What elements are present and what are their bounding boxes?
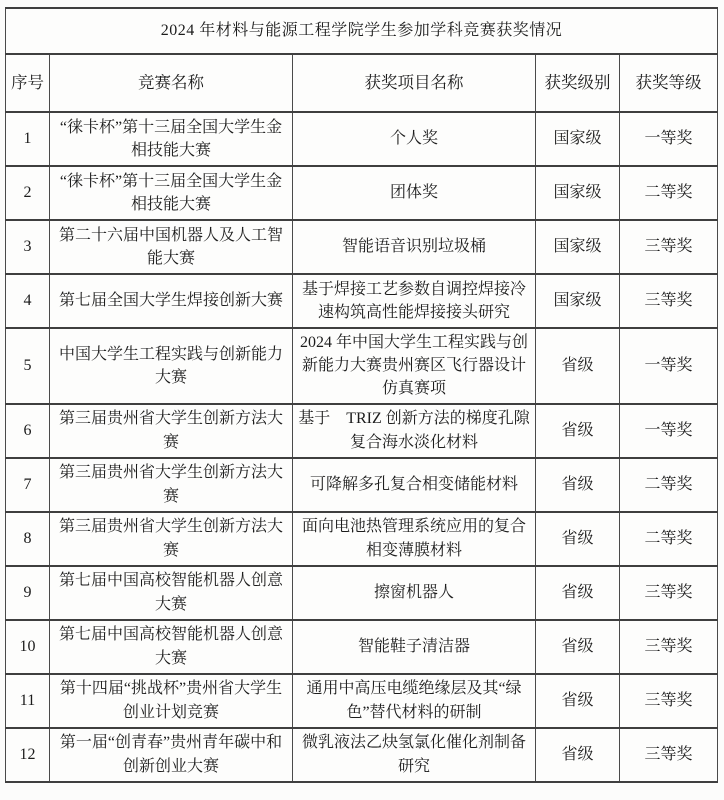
- cell-no: 1: [6, 112, 50, 166]
- cell-project: 2024 年中国大学生工程实践与创新能力大赛贵州赛区飞行器设计仿真赛项: [293, 328, 536, 404]
- cell-no: 7: [6, 458, 50, 512]
- cell-level: 省级: [536, 458, 620, 512]
- cell-level: 省级: [536, 566, 620, 620]
- cell-competition: 第三届贵州省大学生创新方法大赛: [50, 512, 293, 566]
- cell-project: 基于焊接工艺参数自调控焊接冷速构筑高性能焊接接头研究: [293, 274, 536, 328]
- cell-no: 9: [6, 566, 50, 620]
- table-row: 2 “徕卡杯”第十三届全国大学生金相技能大赛 团体奖 国家级 二等奖: [6, 166, 718, 220]
- table-row: 4 第七届全国大学生焊接创新大赛 基于焊接工艺参数自调控焊接冷速构筑高性能焊接接…: [6, 274, 718, 328]
- cell-level: 省级: [536, 328, 620, 404]
- cell-project: 智能语音识别垃圾桶: [293, 220, 536, 274]
- cell-competition: “徕卡杯”第十三届全国大学生金相技能大赛: [50, 112, 293, 166]
- cell-grade: 一等奖: [620, 112, 718, 166]
- header-project: 获奖项目名称: [293, 54, 536, 112]
- cell-competition: 第三届贵州省大学生创新方法大赛: [50, 458, 293, 512]
- cell-project: 基于 TRIZ 创新方法的梯度孔隙复合海水淡化材料: [293, 404, 536, 458]
- cell-level: 国家级: [536, 220, 620, 274]
- cell-project: 个人奖: [293, 112, 536, 166]
- cell-grade: 二等奖: [620, 166, 718, 220]
- cell-grade: 三等奖: [620, 620, 718, 674]
- header-competition: 竞赛名称: [50, 54, 293, 112]
- cell-grade: 一等奖: [620, 328, 718, 404]
- cell-grade: 三等奖: [620, 674, 718, 728]
- cell-no: 10: [6, 620, 50, 674]
- cell-project: 可降解多孔复合相变储能材料: [293, 458, 536, 512]
- cell-level: 省级: [536, 404, 620, 458]
- table-row: 6 第三届贵州省大学生创新方法大赛 基于 TRIZ 创新方法的梯度孔隙复合海水淡…: [6, 404, 718, 458]
- cell-competition: 第七届中国高校智能机器人创意大赛: [50, 566, 293, 620]
- awards-table: 2024 年材料与能源工程学院学生参加学科竞赛获奖情况 序号 竞赛名称 获奖项目…: [5, 7, 718, 783]
- cell-grade: 三等奖: [620, 566, 718, 620]
- table-row: 7 第三届贵州省大学生创新方法大赛 可降解多孔复合相变储能材料 省级 二等奖: [6, 458, 718, 512]
- cell-no: 8: [6, 512, 50, 566]
- cell-grade: 三等奖: [620, 274, 718, 328]
- table-row: 10 第七届中国高校智能机器人创意大赛 智能鞋子清洁器 省级 三等奖: [6, 620, 718, 674]
- cell-competition: 第七届全国大学生焊接创新大赛: [50, 274, 293, 328]
- table-row: 12 第一届“创青春”贵州青年碳中和创新创业大赛 微乳液法乙炔氢氯化催化剂制备研…: [6, 728, 718, 782]
- cell-project: 擦窗机器人: [293, 566, 536, 620]
- cell-no: 6: [6, 404, 50, 458]
- cell-grade: 三等奖: [620, 728, 718, 782]
- header-no: 序号: [6, 54, 50, 112]
- cell-no: 12: [6, 728, 50, 782]
- cell-project: 智能鞋子清洁器: [293, 620, 536, 674]
- cell-competition: 第三届贵州省大学生创新方法大赛: [50, 404, 293, 458]
- header-row: 序号 竞赛名称 获奖项目名称 获奖级别 获奖等级: [6, 54, 718, 112]
- cell-competition: 第一届“创青春”贵州青年碳中和创新创业大赛: [50, 728, 293, 782]
- cell-competition: 第七届中国高校智能机器人创意大赛: [50, 620, 293, 674]
- table-row: 11 第十四届“挑战杯”贵州省大学生创业计划竞赛 通用中高压电缆绝缘层及其“绿色…: [6, 674, 718, 728]
- cell-grade: 三等奖: [620, 220, 718, 274]
- table-row: 1 “徕卡杯”第十三届全国大学生金相技能大赛 个人奖 国家级 一等奖: [6, 112, 718, 166]
- header-grade: 获奖等级: [620, 54, 718, 112]
- cell-no: 4: [6, 274, 50, 328]
- cell-project: 团体奖: [293, 166, 536, 220]
- table-row: 9 第七届中国高校智能机器人创意大赛 擦窗机器人 省级 三等奖: [6, 566, 718, 620]
- cell-grade: 二等奖: [620, 512, 718, 566]
- cell-no: 2: [6, 166, 50, 220]
- cell-competition: 第二十六届中国机器人及人工智能大赛: [50, 220, 293, 274]
- cell-no: 3: [6, 220, 50, 274]
- cell-level: 省级: [536, 620, 620, 674]
- header-level: 获奖级别: [536, 54, 620, 112]
- cell-grade: 二等奖: [620, 458, 718, 512]
- cell-project: 通用中高压电缆绝缘层及其“绿色”替代材料的研制: [293, 674, 536, 728]
- cell-no: 5: [6, 328, 50, 404]
- table-row: 8 第三届贵州省大学生创新方法大赛 面向电池热管理系统应用的复合相变薄膜材料 省…: [6, 512, 718, 566]
- table-title: 2024 年材料与能源工程学院学生参加学科竞赛获奖情况: [6, 8, 718, 54]
- cell-no: 11: [6, 674, 50, 728]
- title-row: 2024 年材料与能源工程学院学生参加学科竞赛获奖情况: [6, 8, 718, 54]
- cell-competition: 中国大学生工程实践与创新能力大赛: [50, 328, 293, 404]
- cell-project: 面向电池热管理系统应用的复合相变薄膜材料: [293, 512, 536, 566]
- document-page: 2024 年材料与能源工程学院学生参加学科竞赛获奖情况 序号 竞赛名称 获奖项目…: [0, 0, 724, 800]
- cell-level: 省级: [536, 728, 620, 782]
- cell-level: 国家级: [536, 112, 620, 166]
- cell-level: 国家级: [536, 274, 620, 328]
- cell-grade: 一等奖: [620, 404, 718, 458]
- cell-level: 国家级: [536, 166, 620, 220]
- cell-project: 微乳液法乙炔氢氯化催化剂制备研究: [293, 728, 536, 782]
- cell-competition: “徕卡杯”第十三届全国大学生金相技能大赛: [50, 166, 293, 220]
- table-row: 3 第二十六届中国机器人及人工智能大赛 智能语音识别垃圾桶 国家级 三等奖: [6, 220, 718, 274]
- table-row: 5 中国大学生工程实践与创新能力大赛 2024 年中国大学生工程实践与创新能力大…: [6, 328, 718, 404]
- cell-competition: 第十四届“挑战杯”贵州省大学生创业计划竞赛: [50, 674, 293, 728]
- cell-level: 省级: [536, 674, 620, 728]
- cell-level: 省级: [536, 512, 620, 566]
